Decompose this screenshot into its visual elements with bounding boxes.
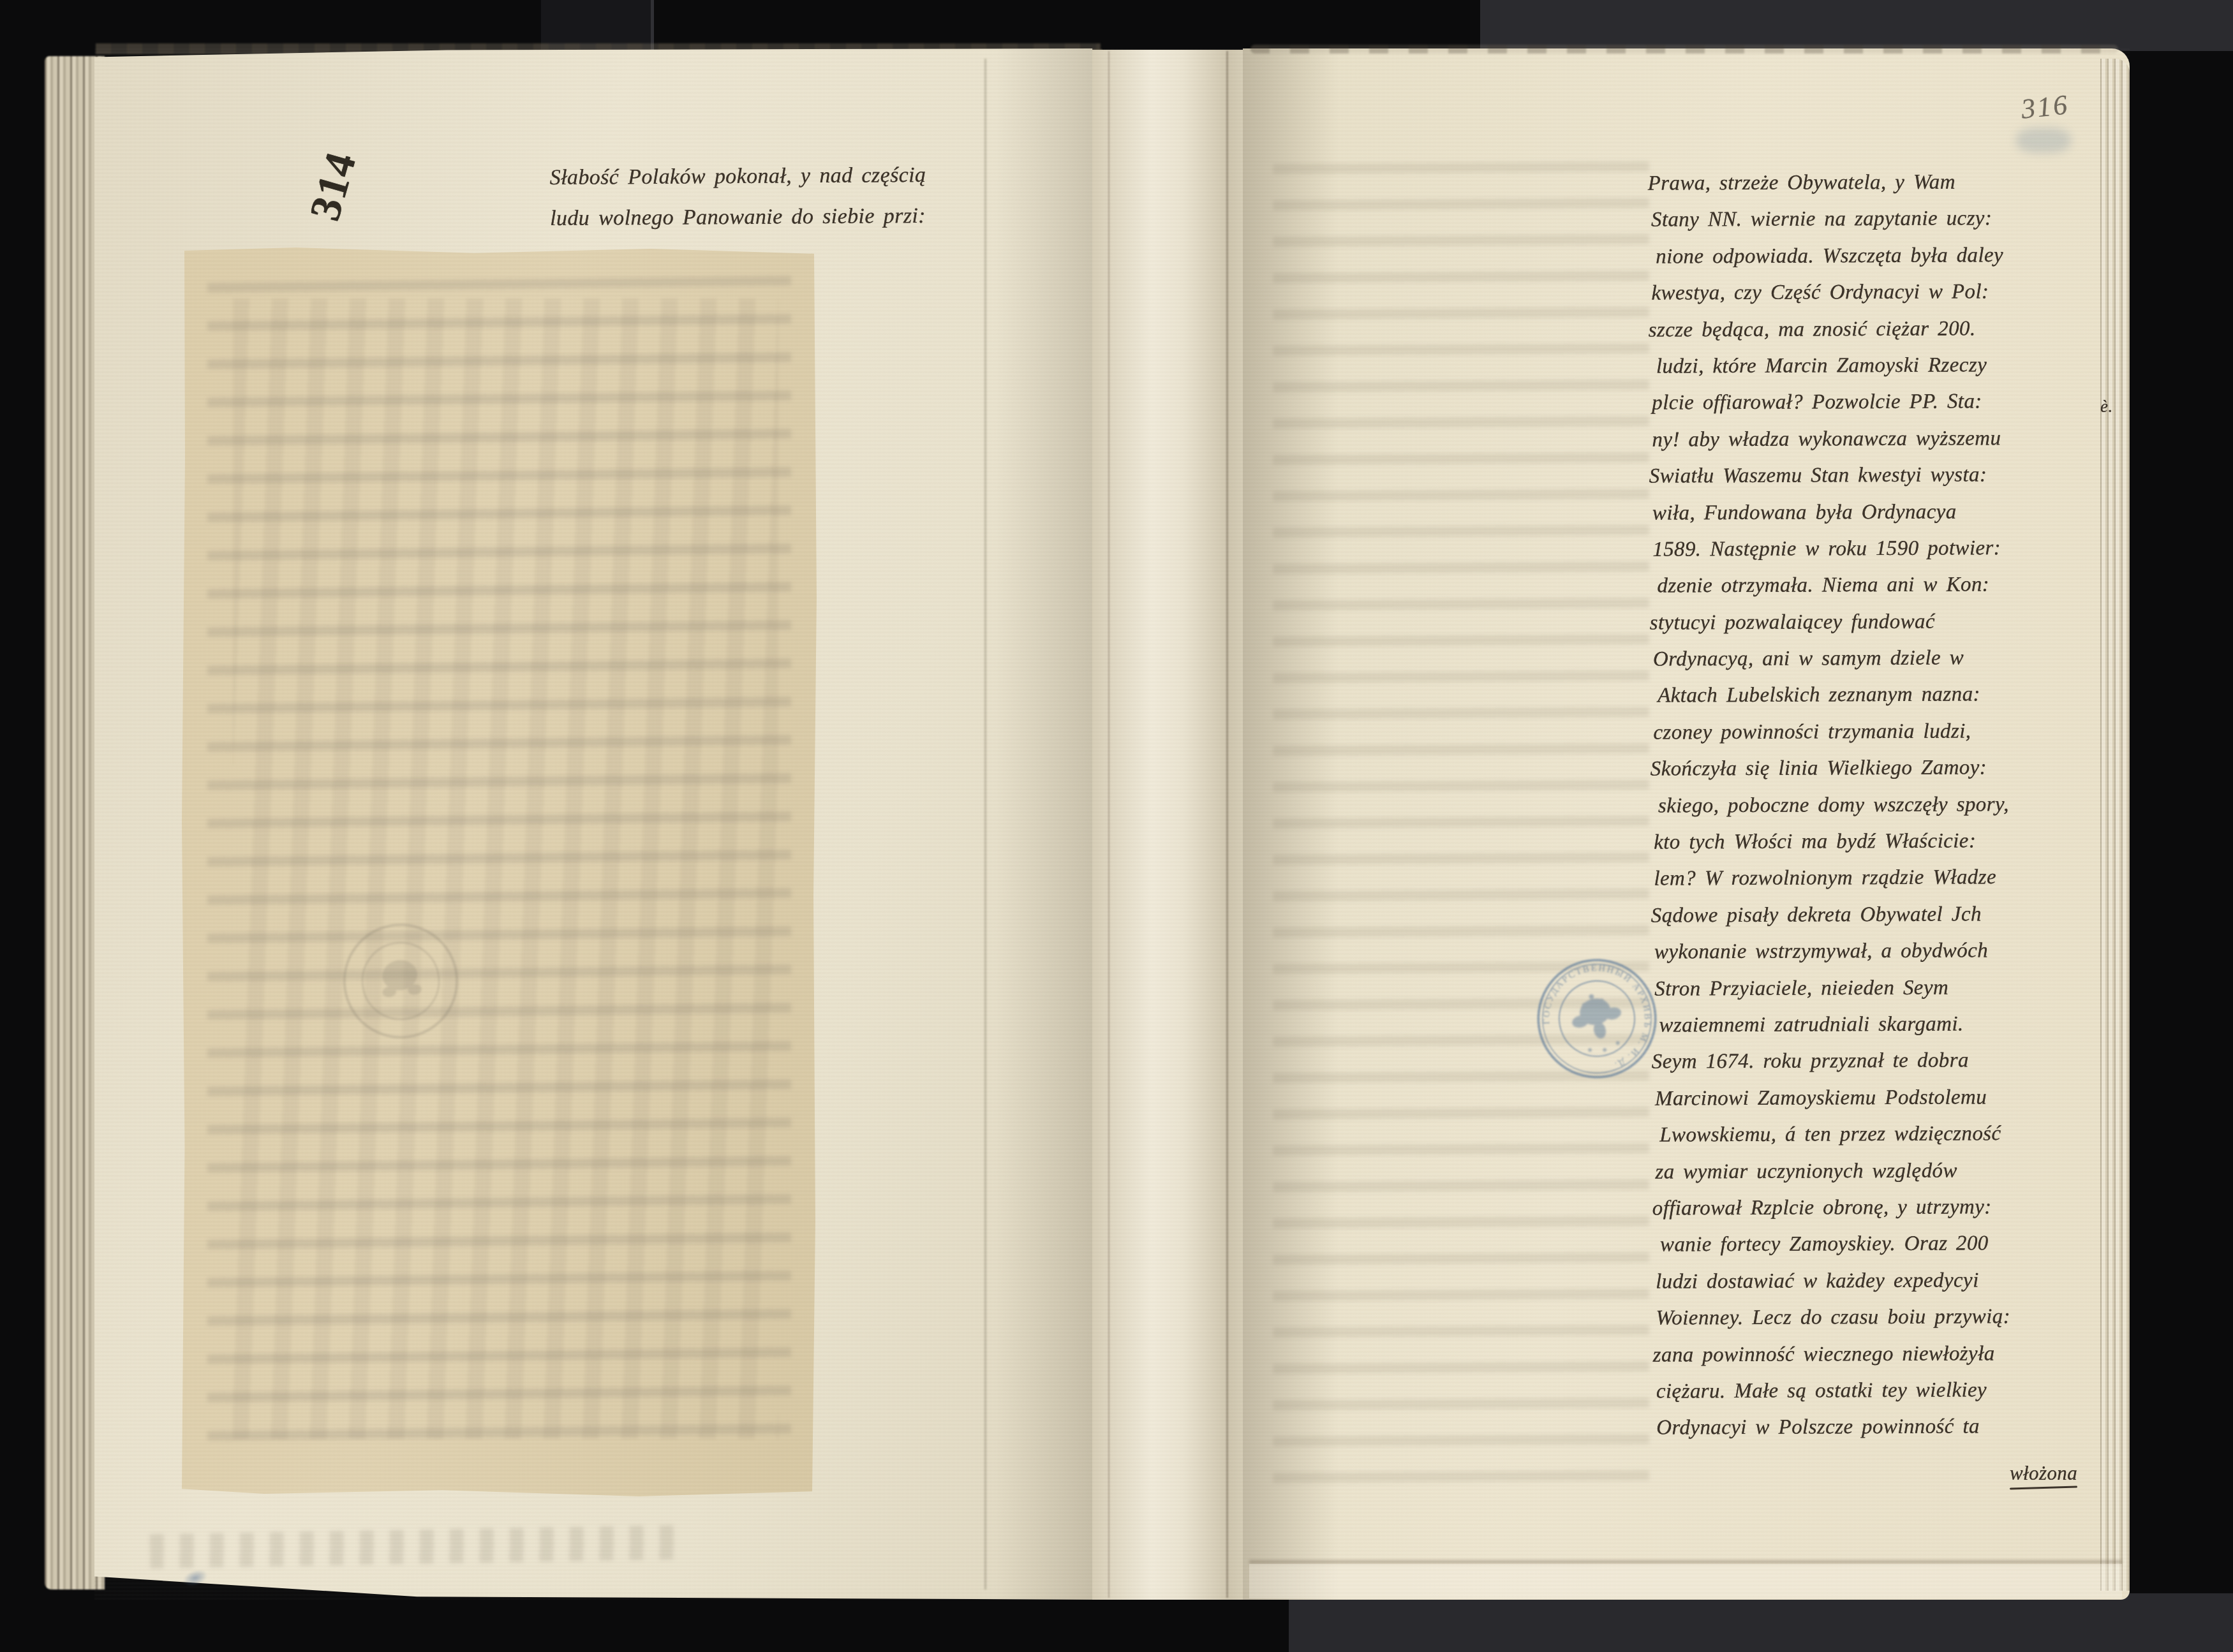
scanner-strap-bottom <box>1289 1593 2233 1652</box>
manuscript-scan: Słabość Polaków pokonał, y nad częściąlu… <box>0 0 2233 1652</box>
scanner-strap-top <box>1480 0 2233 51</box>
paper-texture-overlay <box>94 48 2130 1600</box>
